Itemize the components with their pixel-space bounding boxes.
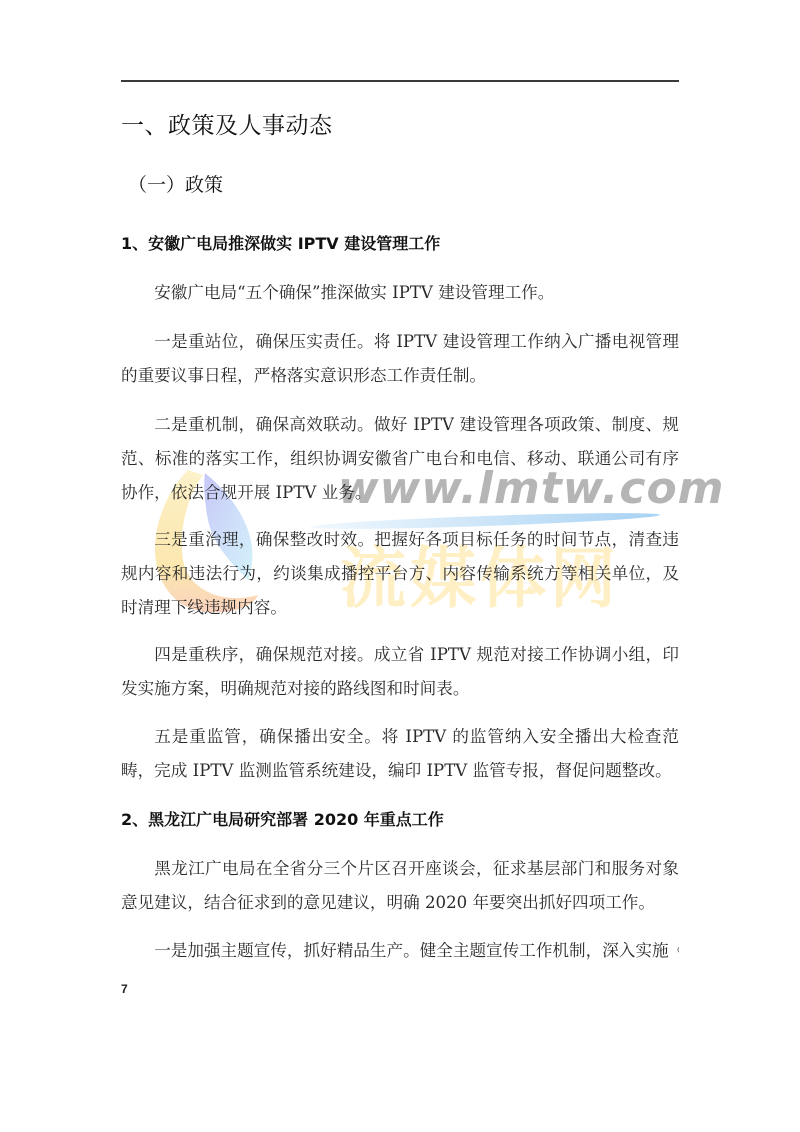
subsection-title: （一）政策 (128, 170, 223, 197)
header-rule (121, 80, 679, 82)
article-1-paragraph: 三是重治理，确保整改时效。把握好各项目标任务的时间节点，清查违规内容和违法行为，… (121, 523, 679, 625)
document-page: 一、政策及人事动态 （一）政策 1、安徽广电局推深做实 IPTV 建设管理工作 … (0, 0, 800, 1132)
article-1-paragraph: 二是重机制，确保高效联动。做好 IPTV 建设管理各项政策、制度、规范、标准的落… (121, 408, 679, 510)
article-1-paragraph: 五是重监管，确保播出安全。将 IPTV 的监管纳入安全播出大检查范畴，完成 IP… (121, 720, 679, 788)
article-2-paragraph: 一是加强主题宣传，抓好精品生产。健全主题宣传工作机制，深入实施《广 (121, 934, 679, 968)
article-heading-2: 2、黑龙江广电局研究部署 2020 年重点工作 (121, 807, 444, 830)
article-1-paragraph: 四是重秩序，确保规范对接。成立省 IPTV 规范对接工作协调小组，印发实施方案，… (121, 638, 679, 706)
section-title: 一、政策及人事动态 (121, 107, 333, 140)
article-1-paragraph: 安徽广电局“五个确保”推深做实 IPTV 建设管理工作。 (121, 276, 679, 310)
article-heading-1: 1、安徽广电局推深做实 IPTV 建设管理工作 (121, 231, 440, 254)
article-1-paragraph: 一是重站位，确保压实责任。将 IPTV 建设管理工作纳入广播电视管理的重要议事日… (121, 325, 679, 393)
article-2-paragraph: 黑龙江广电局在全省分三个片区召开座谈会，征求基层部门和服务对象意见建议，结合征求… (121, 852, 679, 920)
page-number: 7 (121, 982, 128, 996)
